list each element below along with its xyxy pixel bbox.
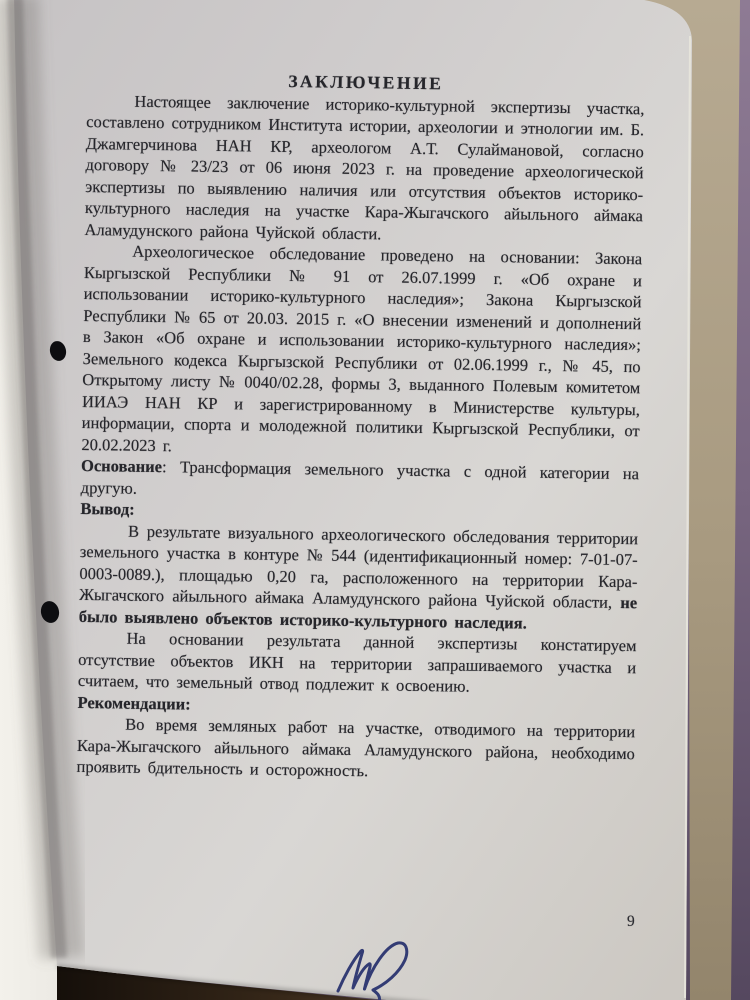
signature bbox=[328, 938, 453, 1000]
paragraph-statement: На основании результата данной экспертиз… bbox=[78, 627, 637, 700]
photographed-document-scene: ЗАКЛЮЧЕНИЕ Настоящее заключение историко… bbox=[0, 0, 750, 1000]
osnovanie-text: : Трансформация земельного участка с одн… bbox=[81, 457, 640, 497]
document-text-column: ЗАКЛЮЧЕНИЕ Настоящее заключение историко… bbox=[76, 0, 645, 786]
page-number: 9 bbox=[627, 913, 635, 931]
paragraph-intro: Настоящее заключение историко-культурной… bbox=[84, 89, 644, 248]
vyvod-body: В результате визуального археологическог… bbox=[79, 521, 638, 612]
paragraph-vyvod: В результате визуального археологическог… bbox=[79, 519, 639, 635]
osnovanie-label: Основание bbox=[81, 456, 162, 476]
signature-ink bbox=[338, 943, 407, 1000]
paragraph-recommendations: Во время земляных работ на участке, отво… bbox=[76, 713, 635, 786]
paragraph-legal-basis: Археологическое обследование проведено н… bbox=[81, 240, 642, 463]
